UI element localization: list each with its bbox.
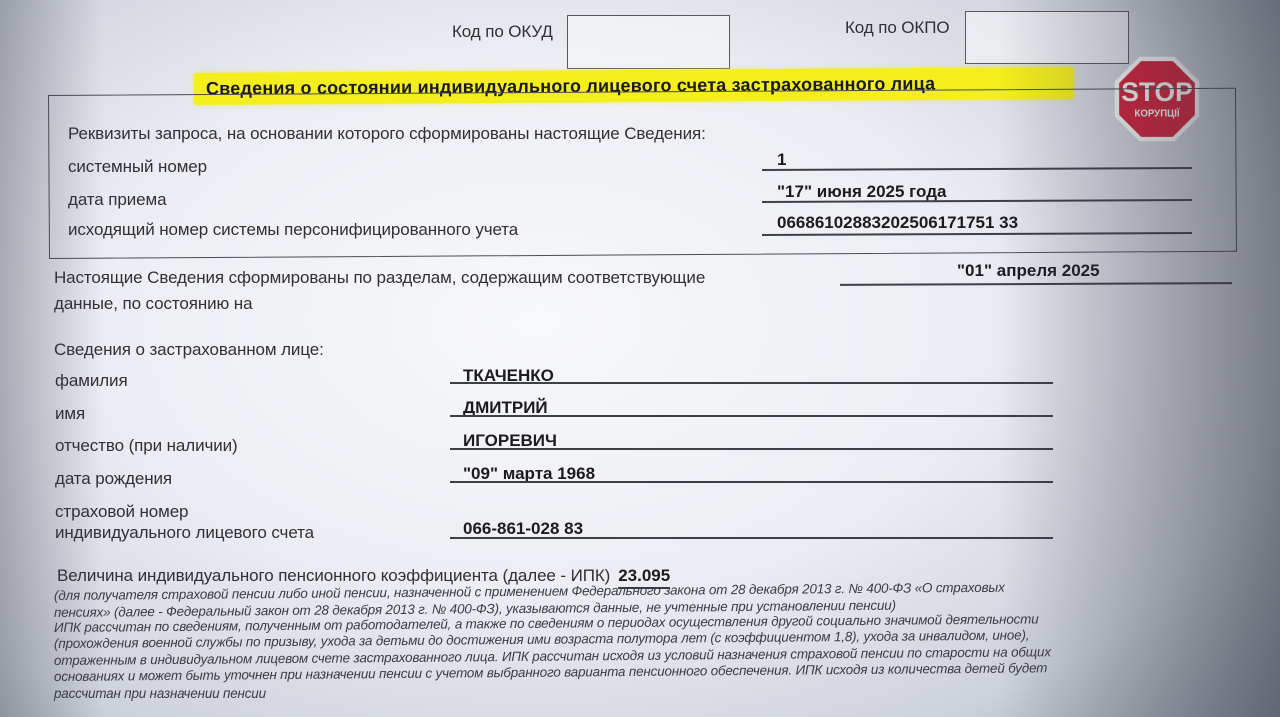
okud-label: Код по ОКУД	[452, 22, 553, 42]
snils-label-line2: индивидуального лицевого счета	[55, 523, 314, 543]
okud-box	[567, 15, 730, 69]
request-heading: Реквизиты запроса, на основании которого…	[68, 124, 706, 144]
formed-date-underline	[840, 282, 1232, 285]
receipt-date-value: "17" июня 2025 года	[777, 182, 946, 202]
name-underline	[450, 415, 1053, 417]
formed-line2: данные, по состоянию на	[54, 294, 252, 314]
formed-line1: Настоящие Сведения сформированы по разде…	[54, 268, 705, 288]
okpo-box	[965, 11, 1129, 64]
surname-underline	[450, 382, 1053, 384]
okpo-label: Код по ОКПО	[845, 18, 949, 38]
surname-label: фамилия	[55, 371, 128, 391]
outgoing-number-value: 06686102883202506171751 33	[777, 213, 1018, 233]
patronymic-label: отчество (при наличии)	[55, 436, 238, 456]
snils-underline	[450, 537, 1053, 539]
snils-label-line1: страховой номер	[55, 502, 188, 522]
system-number-label: системный номер	[68, 157, 207, 177]
ipk-note-7: рассчитан при назначении пенсии	[54, 686, 266, 701]
birth-date-underline	[450, 481, 1053, 483]
formed-date-value: "01" апреля 2025	[957, 261, 1100, 281]
receipt-date-label: дата приема	[68, 190, 166, 210]
system-number-value: 1	[777, 150, 786, 170]
insured-heading: Сведения о застрахованном лице:	[54, 340, 324, 360]
snils-value: 066-861-028 83	[463, 519, 583, 539]
birth-date-label: дата рождения	[55, 469, 172, 489]
patronymic-underline	[450, 448, 1053, 450]
outgoing-number-label: исходящий номер системы персонифицирован…	[68, 220, 518, 240]
name-label: имя	[55, 404, 85, 424]
